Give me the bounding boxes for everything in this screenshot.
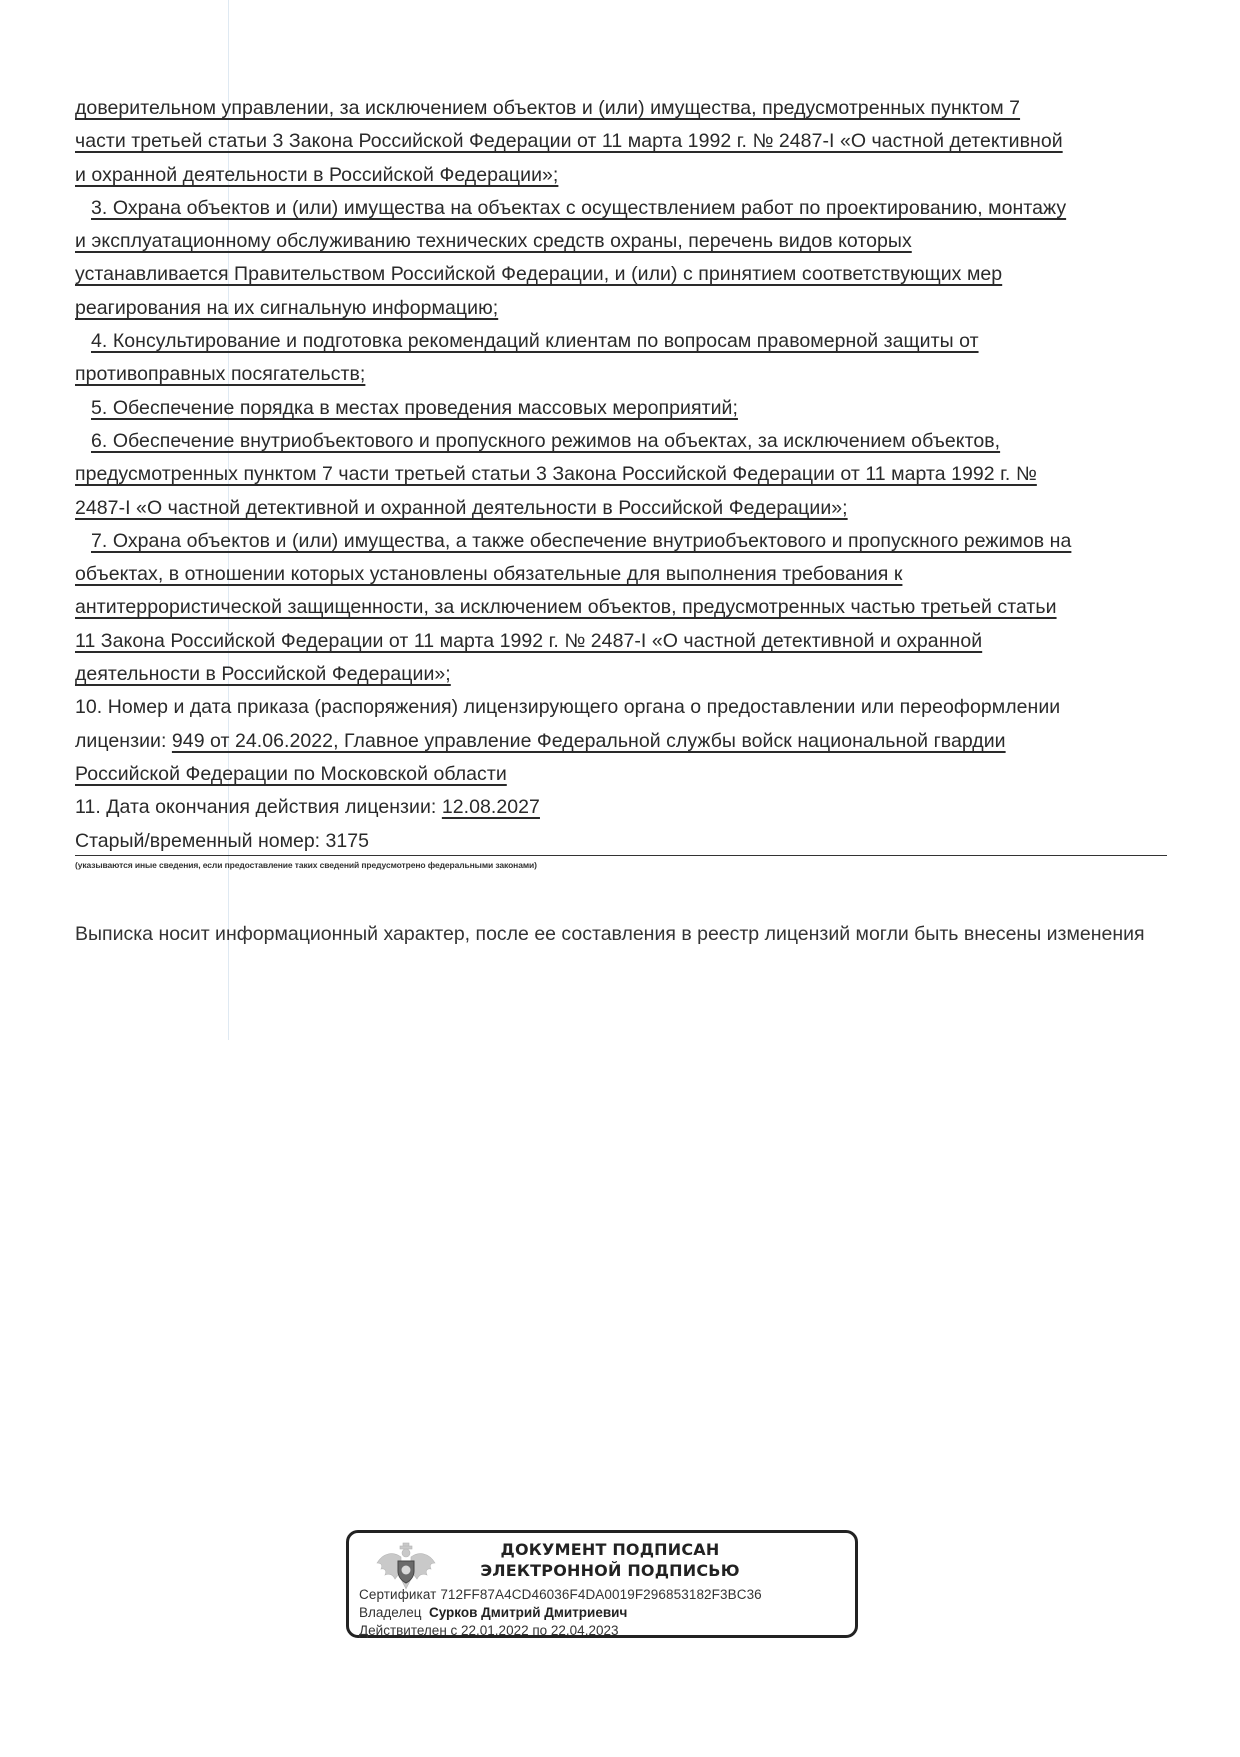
stamp-title: ДОКУМЕНТ ПОДПИСАН ЭЛЕКТРОННОЙ ПОДПИСЬЮ	[445, 1539, 775, 1581]
item-6-text: 2487-I «О частной детективной и охранной…	[75, 497, 848, 519]
footnote: (указываются иные сведения, если предост…	[75, 859, 1165, 871]
continuation-text: доверительном управлении, за исключением…	[75, 97, 1020, 119]
section-10: 10. Номер и дата приказа (распоряжения) …	[75, 691, 1165, 724]
owner-value: Сурков Дмитрий Дмитриевич	[429, 1605, 627, 1620]
expiry-date-label: 11. Дата окончания действия лицензии:	[75, 796, 442, 818]
stamp-title-line-1: ДОКУМЕНТ ПОДПИСАН	[445, 1539, 775, 1560]
certificate-label: Сертификат	[359, 1587, 436, 1602]
licensing-authority-value: Российской Федерации по Московской облас…	[75, 763, 507, 785]
certificate-row: Сертификат 712FF87A4CD46036F4DA0019F2968…	[359, 1586, 762, 1604]
text-line: и эксплуатационному обслуживанию техниче…	[75, 225, 1165, 258]
certificate-value: 712FF87A4CD46036F4DA0019F296853182F3BC36	[440, 1587, 761, 1602]
item-6-text: 6. Обеспечение внутриобъектового и пропу…	[75, 430, 1000, 452]
item-5-text: 5. Обеспечение порядка в местах проведен…	[75, 397, 738, 419]
expiry-date-value: 12.08.2027	[442, 796, 540, 818]
old-number-value: 3175	[326, 830, 369, 852]
text-line: лицензии: 949 от 24.06.2022, Главное упр…	[75, 725, 1165, 758]
section-11: 11. Дата окончания действия лицензии: 12…	[75, 791, 1165, 824]
owner-label: Владелец	[359, 1605, 421, 1620]
text-line: объектах, в отношении которых установлен…	[75, 558, 1165, 591]
stamp-title-line-2: ЭЛЕКТРОННОЙ ПОДПИСЬЮ	[445, 1560, 775, 1581]
list-item-3: 3. Охрана объектов и (или) имущества на …	[75, 192, 1165, 225]
text-line: доверительном управлении, за исключением…	[75, 92, 1165, 125]
informational-notice: Выписка носит информационный характер, п…	[75, 918, 1165, 952]
owner-row: Владелец Сурков Дмитрий Дмитриевич	[359, 1604, 627, 1622]
electronic-signature-stamp: ДОКУМЕНТ ПОДПИСАН ЭЛЕКТРОННОЙ ПОДПИСЬЮ С…	[346, 1530, 858, 1638]
item-7-text: деятельности в Российской Федерации»;	[75, 663, 451, 685]
text-line: 11 Закона Российской Федерации от 11 мар…	[75, 625, 1165, 658]
list-item-5: 5. Обеспечение порядка в местах проведен…	[75, 392, 1165, 425]
item-4-text: 4. Консультирование и подготовка рекомен…	[75, 330, 979, 352]
old-number-label: Старый/временный номер:	[75, 830, 326, 852]
text-line: и охранной деятельности в Российской Фед…	[75, 159, 1165, 192]
text-line: реагирования на их сигнальную информацию…	[75, 292, 1165, 325]
item-3-text: устанавливается Правительством Российско…	[75, 263, 1002, 285]
text-line: устанавливается Правительством Российско…	[75, 258, 1165, 291]
text-line: антитеррористической защищенности, за ис…	[75, 591, 1165, 624]
item-7-text: 11 Закона Российской Федерации от 11 мар…	[75, 630, 982, 652]
continuation-text: и охранной деятельности в Российской Фед…	[75, 164, 558, 186]
document-body: доверительном управлении, за исключением…	[75, 92, 1165, 871]
list-item-6: 6. Обеспечение внутриобъектового и пропу…	[75, 425, 1165, 458]
section-10-label: 10. Номер и дата приказа (распоряжения) …	[75, 696, 1060, 718]
item-7-text: 7. Охрана объектов и (или) имущества, а …	[75, 530, 1071, 552]
text-line: части третьей статьи 3 Закона Российской…	[75, 125, 1165, 158]
old-number-row: Старый/временный номер: 3175	[75, 825, 1165, 858]
text-line: деятельности в Российской Федерации»;	[75, 658, 1165, 691]
text-line: Российской Федерации по Московской облас…	[75, 758, 1165, 791]
item-3-text: реагирования на их сигнальную информацию…	[75, 297, 498, 319]
item-3-text: 3. Охрана объектов и (или) имущества на …	[75, 197, 1066, 219]
underline-rule	[75, 855, 1167, 857]
rosgvardia-eagle-emblem-icon	[373, 1541, 439, 1591]
text-line: 2487-I «О частной детективной и охранной…	[75, 492, 1165, 525]
item-6-text: предусмотренных пунктом 7 части третьей …	[75, 463, 1037, 485]
item-4-text: противоправных посягательств;	[75, 363, 365, 385]
list-item-4: 4. Консультирование и подготовка рекомен…	[75, 325, 1165, 358]
list-item-7: 7. Охрана объектов и (или) имущества, а …	[75, 525, 1165, 558]
text-line: предусмотренных пунктом 7 части третьей …	[75, 458, 1165, 491]
section-10-label: лицензии:	[75, 730, 172, 752]
validity-period: Действителен с 22.01.2022 по 22.04.2023	[359, 1622, 618, 1640]
order-number-date-value: 949 от 24.06.2022, Главное управление Фе…	[172, 730, 1006, 752]
text-line: противоправных посягательств;	[75, 358, 1165, 391]
item-7-text: объектах, в отношении которых установлен…	[75, 563, 902, 585]
continuation-text: части третьей статьи 3 Закона Российской…	[75, 130, 1063, 152]
item-3-text: и эксплуатационному обслуживанию техниче…	[75, 230, 912, 252]
item-7-text: антитеррористической защищенности, за ис…	[75, 596, 1057, 618]
